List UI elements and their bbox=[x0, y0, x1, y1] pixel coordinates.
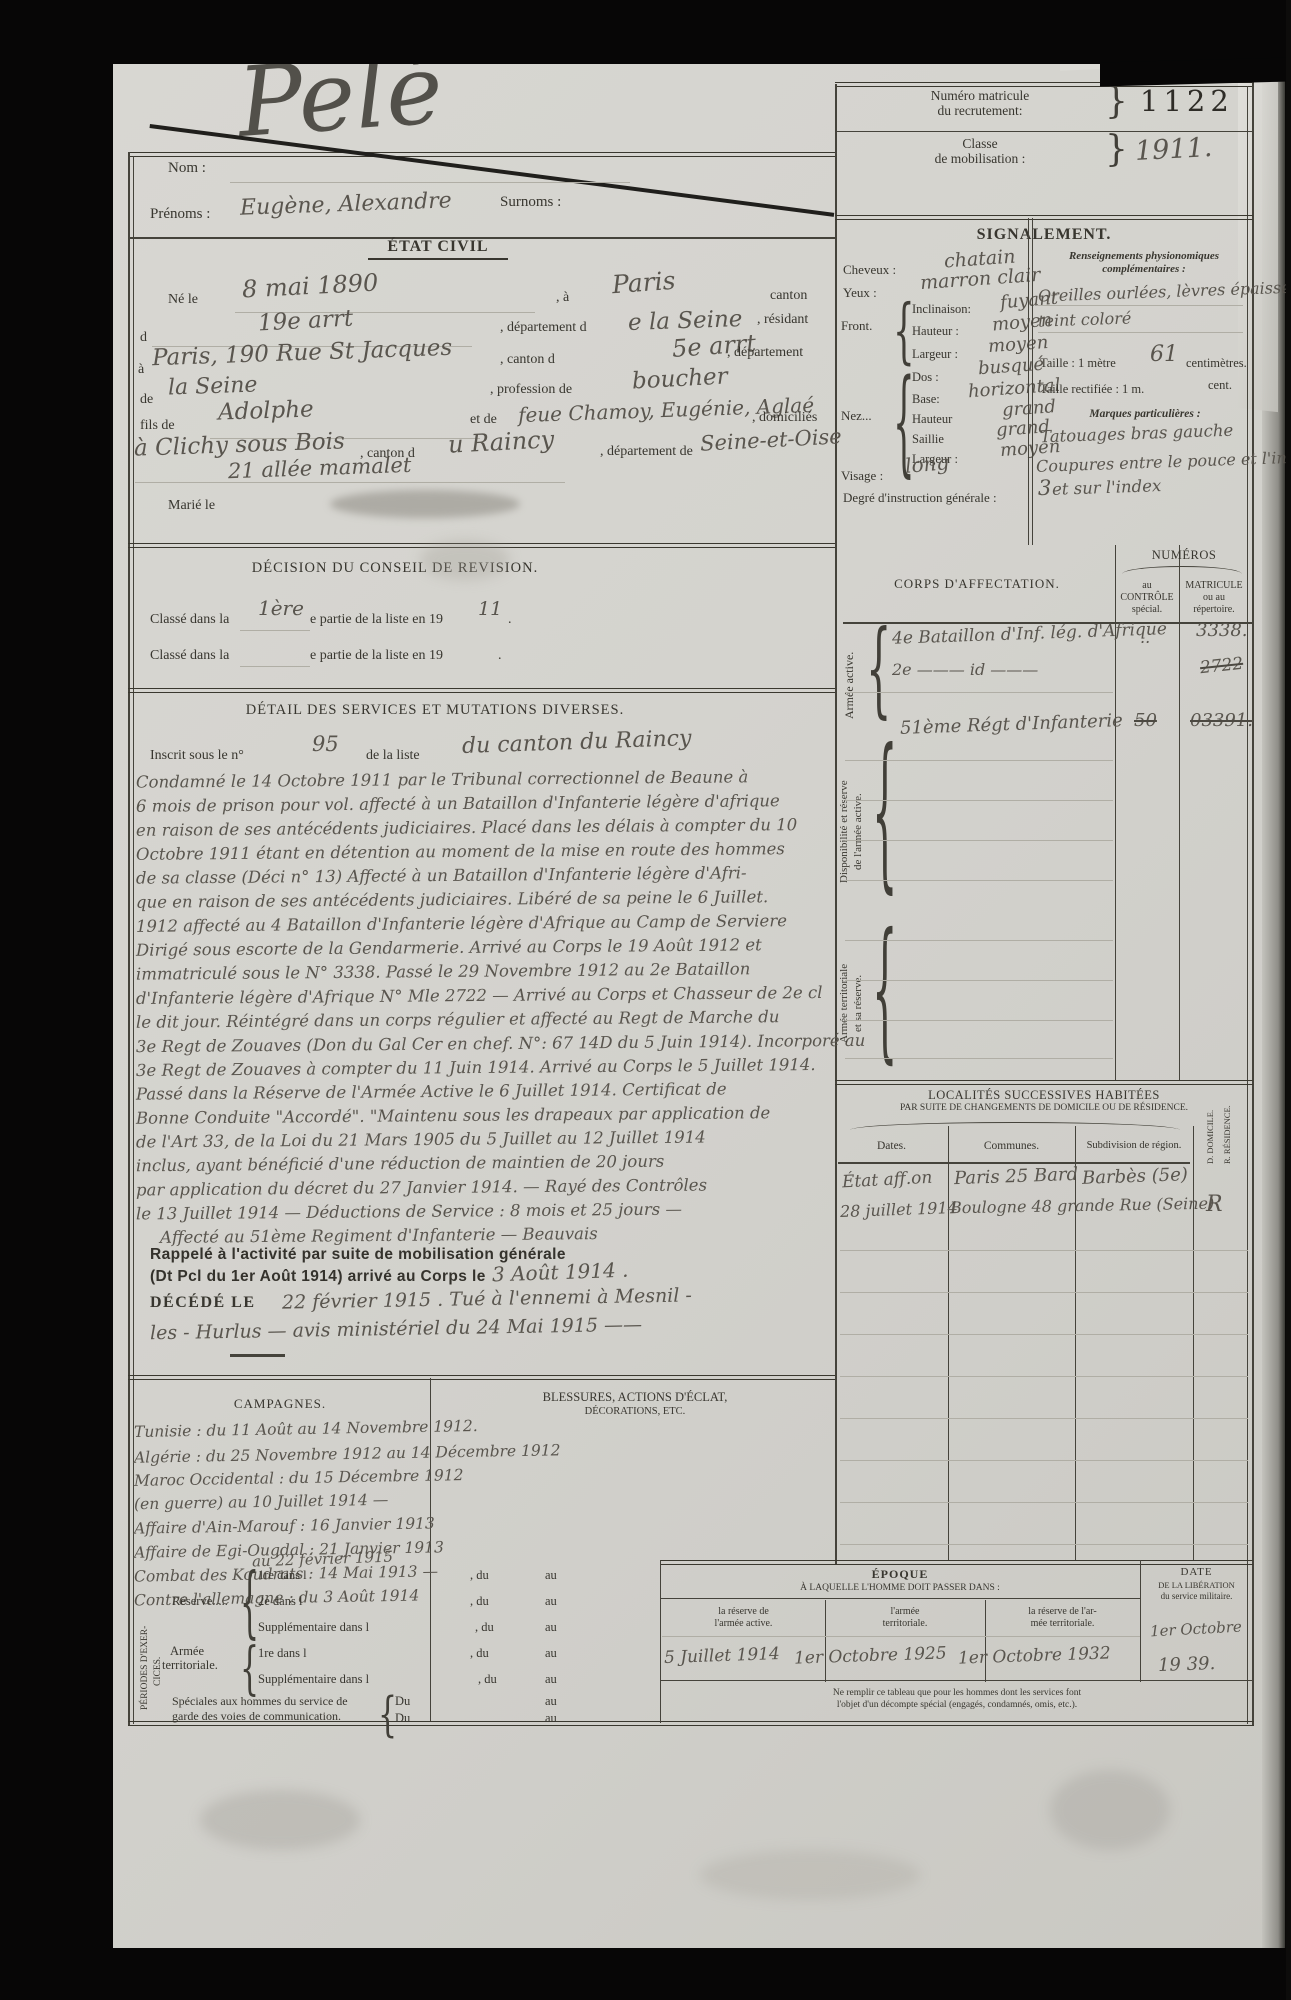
frame-left bbox=[128, 152, 130, 1726]
du-label: , du bbox=[470, 1594, 489, 1609]
nez-label: Nez... bbox=[841, 408, 872, 424]
fils-de-label: fils de bbox=[140, 418, 175, 434]
epoque-col1-2: l'armée active. bbox=[662, 1618, 825, 1629]
du-cap-label: Du bbox=[395, 1711, 410, 1726]
classe1-dot: . bbox=[508, 612, 512, 628]
table-column-line bbox=[1140, 1560, 1141, 1682]
taille-label: Taille : 1 mètre bbox=[1040, 356, 1116, 371]
rule-line bbox=[845, 940, 1113, 941]
liberation-header-1: DATE bbox=[1140, 1566, 1253, 1578]
periode-row-2: 2e dans l bbox=[258, 1594, 302, 1609]
rule-line bbox=[845, 692, 1113, 693]
section-line bbox=[128, 1375, 835, 1380]
rule-line bbox=[845, 1058, 1113, 1059]
taille-unit: centimètres. bbox=[1186, 356, 1247, 371]
col-dates: Dates. bbox=[835, 1140, 948, 1152]
epoque-col2: l'armée bbox=[825, 1606, 985, 1617]
group-brace: { bbox=[872, 730, 897, 898]
periode-row-1: 1re dans l bbox=[258, 1568, 307, 1583]
au-label: au bbox=[545, 1672, 557, 1687]
du-label: , du bbox=[470, 1646, 489, 1661]
rule-line bbox=[660, 1598, 1140, 1599]
matricule-label-2: du recrutement: bbox=[845, 103, 1115, 119]
canton-d-label: , canton d bbox=[500, 352, 555, 368]
table-column-line bbox=[1075, 1126, 1076, 1560]
frame-top-left bbox=[128, 152, 835, 157]
rule-line bbox=[1028, 218, 1029, 545]
epoque-col3: la réserve de l'ar- bbox=[985, 1606, 1140, 1617]
matricule-brace: } bbox=[1105, 84, 1128, 120]
rule-line bbox=[240, 666, 310, 667]
de-value: la Seine bbox=[168, 372, 258, 400]
localites-row-commune: Paris 25 Bard bbox=[954, 1164, 1079, 1189]
signalement-top-line bbox=[835, 215, 1253, 220]
rule-line bbox=[845, 880, 1113, 881]
canton-du-label: , canton d bbox=[360, 446, 415, 462]
localites-title: LOCALITÉS SUCCESSIVES HABITÉES bbox=[835, 1088, 1253, 1103]
matricule-label: Numéro matricule bbox=[845, 88, 1115, 104]
a2-label: à bbox=[138, 362, 144, 378]
marques-label: Marques particulières : bbox=[1040, 408, 1250, 420]
group-brace: { bbox=[866, 618, 891, 722]
controle-header-2: CONTRÔLE bbox=[1117, 592, 1177, 603]
front-label: Front. bbox=[841, 318, 872, 334]
yeux-label: Yeux : bbox=[843, 285, 877, 301]
blessures-title: BLESSURES, ACTIONS D'ÉCLAT, bbox=[445, 1390, 825, 1405]
section-line bbox=[128, 688, 835, 693]
classe2-dot: . bbox=[498, 648, 502, 664]
speciales-label-1: Spéciales aux hommes du service de bbox=[172, 1694, 348, 1709]
epoque-col1: la réserve de bbox=[662, 1606, 825, 1617]
scan-border-right bbox=[1286, 0, 1291, 2000]
rule-line bbox=[660, 1680, 1253, 1681]
rule-line bbox=[840, 1334, 1248, 1335]
et-de-label: et de bbox=[470, 412, 497, 428]
reserve-brace: { bbox=[240, 1566, 259, 1644]
group-territoriale-2: et sa réserve. bbox=[852, 928, 864, 1078]
au-label: au bbox=[545, 1620, 557, 1635]
rens-value-2: teint coloré bbox=[1038, 308, 1132, 330]
inscrit-num: 95 bbox=[312, 732, 339, 756]
scan-border-top bbox=[0, 0, 1291, 64]
service-line: Affecté au 51ème Regiment d'Infanterie —… bbox=[160, 1224, 598, 1247]
rule-line bbox=[240, 630, 310, 631]
group-brace: { bbox=[872, 916, 897, 1068]
residant-label: , résidant bbox=[757, 312, 808, 328]
nom-label: Nom : bbox=[168, 160, 206, 177]
localites-row-dr: R bbox=[1206, 1192, 1223, 1217]
profession-label: , profession de bbox=[490, 382, 572, 398]
visage-value: long bbox=[904, 450, 950, 478]
corps-row-unit: 2e ——— id ——— bbox=[892, 660, 1038, 679]
deces-label: DÉCÉDÉ LE bbox=[150, 1294, 256, 1312]
liberation-header-2: DE LA LIBÉRATION bbox=[1140, 1580, 1253, 1590]
rule-line bbox=[1032, 218, 1033, 545]
du-label: , du bbox=[478, 1672, 497, 1687]
d-label: d bbox=[140, 330, 147, 346]
rule-line bbox=[230, 182, 630, 183]
col-residence: R. RÉSIDENCE. bbox=[1222, 1086, 1232, 1164]
decision-title: DÉCISION DU CONSEIL DE REVISION. bbox=[180, 560, 610, 577]
au-label: au bbox=[545, 1711, 557, 1726]
classe1-mid: e partie de la liste en 19 bbox=[310, 612, 443, 628]
marques-value-3: et sur l'index bbox=[1052, 476, 1162, 499]
epoque-value-1: 5 Juillet 1914 bbox=[664, 1644, 780, 1668]
scan-border-left bbox=[0, 0, 113, 2000]
group-disponibilite-2: de l'armée active. bbox=[852, 742, 864, 922]
rule-line bbox=[840, 1418, 1248, 1419]
canton-label: canton bbox=[770, 288, 807, 304]
table-column-line bbox=[1179, 545, 1180, 1080]
rule-line bbox=[840, 1544, 1248, 1545]
rule-line bbox=[845, 980, 1113, 981]
liberation-header-3: du service militaire. bbox=[1140, 1591, 1253, 1601]
frame-right-inner bbox=[1247, 86, 1248, 1724]
section-line bbox=[660, 1560, 1253, 1565]
territoriale-label: Armée bbox=[170, 1644, 204, 1659]
rens-title-2: complémentaires : bbox=[1035, 263, 1253, 275]
classe2-mid: e partie de la liste en 19 bbox=[310, 648, 443, 664]
marie-le-label: Marié le bbox=[168, 498, 215, 514]
numeros-header: NUMÉROS bbox=[1115, 548, 1253, 563]
periodes-side-label-2: CICES. bbox=[153, 1616, 163, 1686]
territoriale-label-2: territoriale. bbox=[162, 1658, 218, 1673]
etat-civil-title: ÉTAT CIVIL bbox=[368, 238, 508, 260]
scan-border-top-right bbox=[1100, 57, 1291, 86]
visage-label: Visage : bbox=[841, 468, 883, 484]
taille-rect-label: Taille rectifiée : 1 m. bbox=[1040, 382, 1144, 397]
du-label: , du bbox=[475, 1620, 494, 1635]
campagnes-title: CAMPAGNES. bbox=[170, 1396, 390, 1412]
dos-label: Dos : bbox=[912, 370, 939, 385]
nez-hauteur-label: Hauteur bbox=[912, 412, 952, 427]
classe-value: 1911. bbox=[1134, 132, 1213, 167]
a-label: , à bbox=[556, 290, 569, 306]
profession-value: boucher bbox=[631, 364, 728, 395]
base-label: Base: bbox=[912, 392, 940, 407]
col-domicile: D. DOMICILE. bbox=[1205, 1086, 1215, 1164]
inscrit-mid: de la liste bbox=[366, 748, 420, 764]
epoque-col3-2: mée territoriale. bbox=[985, 1618, 1140, 1629]
rule-line bbox=[135, 482, 565, 483]
cheveux-label: Cheveux : bbox=[843, 262, 896, 278]
surnoms-label: Surnoms : bbox=[500, 194, 561, 211]
classe2-pre: Classé dans la bbox=[150, 648, 229, 664]
classe1-pre: Classé dans la bbox=[150, 612, 229, 628]
paper-stain bbox=[1050, 1770, 1170, 1850]
prenoms-label: Prénoms : bbox=[150, 206, 210, 223]
mobilization-stamp-2: (Dt Pcl du 1er Août 1914) arrivé au Corp… bbox=[150, 1268, 486, 1286]
inclinaison-label: Inclinaison: bbox=[912, 302, 971, 317]
rule-line bbox=[845, 1020, 1113, 1021]
scanned-military-register-sheet: Pelé Nom : Prénoms : Eugène, Alexandre S… bbox=[0, 0, 1291, 2000]
paper-stain bbox=[200, 1790, 360, 1850]
paper-stain bbox=[700, 1850, 920, 1900]
controle-header-1: au bbox=[1117, 580, 1177, 591]
au-label: au bbox=[545, 1568, 557, 1583]
center-divider bbox=[835, 84, 837, 1564]
corps-row-matricule: 03391. bbox=[1190, 710, 1253, 731]
col-subdivision: Subdivision de région. bbox=[1075, 1140, 1193, 1151]
rule-line bbox=[840, 1250, 1248, 1251]
table-column-line bbox=[948, 1126, 949, 1560]
classe-label: Classe bbox=[845, 136, 1115, 152]
au-label: au bbox=[545, 1646, 557, 1661]
departement-label: , département bbox=[727, 345, 803, 361]
au-label: au bbox=[545, 1594, 557, 1609]
scan-border-bottom bbox=[0, 1948, 1291, 2000]
liberation-value-2: 19 39. bbox=[1158, 1653, 1216, 1676]
classe1-year: 11 bbox=[478, 598, 502, 620]
frame-right bbox=[1252, 82, 1254, 1726]
group-disponibilite: Disponibilité et réserve bbox=[838, 742, 850, 922]
group-armee-active: Armée active. bbox=[842, 630, 857, 740]
epoque-note-1: Ne remplir ce tableau que pour les homme… bbox=[672, 1688, 1242, 1698]
periodes-side-label: PÉRIODES D'EXER- bbox=[140, 1590, 150, 1710]
front-hauteur-label: Hauteur : bbox=[912, 324, 959, 339]
corps-row-controle: 50 bbox=[1134, 710, 1157, 731]
corps-affectation-header: CORPS D'AFFECTATION. bbox=[845, 576, 1109, 592]
degre-value: 3 bbox=[1038, 476, 1051, 500]
front-largeur-label: Largeur : bbox=[912, 347, 958, 362]
matricule-value: 1122 bbox=[1140, 84, 1234, 118]
de-label: de bbox=[140, 392, 153, 408]
periode-row-5: Supplémentaire dans l bbox=[258, 1672, 369, 1687]
arrival-date-hand: 3 Août 1914 . bbox=[492, 1258, 629, 1287]
matricule-header-3: répertoire. bbox=[1181, 604, 1247, 615]
ink-smudge bbox=[330, 490, 520, 518]
table-column-line bbox=[1193, 1126, 1194, 1560]
classe-brace: } bbox=[1105, 132, 1128, 168]
classe-label-2: de mobilisation : bbox=[845, 151, 1115, 167]
rule-line bbox=[838, 1162, 1190, 1164]
rule-line bbox=[1038, 305, 1243, 306]
rule-line bbox=[845, 840, 1113, 841]
rule-line bbox=[845, 800, 1113, 801]
taille-rect-unit: cent. bbox=[1208, 378, 1232, 393]
section-line bbox=[835, 1080, 1253, 1085]
inscrit-pre: Inscrit sous le n° bbox=[150, 748, 244, 764]
degre-label: Degré d'instruction générale : bbox=[843, 490, 997, 506]
rule-line bbox=[840, 1376, 1248, 1377]
blessures-title-2: DÉCORATIONS, ETC. bbox=[445, 1406, 825, 1417]
rule-line bbox=[840, 1292, 1248, 1293]
localites-row-subdivision: Barbès (5e) bbox=[1082, 1164, 1189, 1189]
reserve-label: Réserve..... bbox=[172, 1594, 228, 1609]
ne-le-label: Né le bbox=[168, 292, 198, 308]
col-communes: Communes. bbox=[948, 1140, 1075, 1152]
rule-line bbox=[1038, 332, 1243, 333]
au-label: au bbox=[545, 1694, 557, 1709]
group-territoriale: Armée territoriale bbox=[838, 928, 850, 1078]
matricule-header-1: MATRICULE bbox=[1181, 580, 1247, 591]
rule-line bbox=[230, 1354, 285, 1357]
periode-row-3: Supplémentaire dans l bbox=[258, 1620, 369, 1635]
du-label: , du bbox=[470, 1568, 489, 1583]
corps-row-matricule: 3338. bbox=[1196, 620, 1248, 641]
departement-de-label: , département de bbox=[600, 444, 693, 460]
taille-value: 61 bbox=[1150, 342, 1178, 367]
epoque-subtitle: À LAQUELLE L'HOMME DOIT PASSER DANS : bbox=[660, 1583, 1140, 1593]
departement-d-label: , département d bbox=[500, 320, 587, 336]
controle-header-3: spécial. bbox=[1117, 604, 1177, 615]
territoriale-brace: { bbox=[240, 1642, 259, 1699]
arrondissement: 19e arrt bbox=[257, 306, 353, 337]
epoque-note-2: l'objet d'un décompte spécial (engagés, … bbox=[672, 1700, 1242, 1710]
rule-line bbox=[662, 1636, 1140, 1637]
birth-city: Paris bbox=[611, 266, 676, 299]
rens-title: Renseignements physionomiques bbox=[1035, 250, 1253, 262]
speciales-label-2: garde des voies de communication. bbox=[172, 1709, 341, 1724]
periode-row-4: 1re dans l bbox=[258, 1646, 307, 1661]
epoque-col2-2: territoriale. bbox=[825, 1618, 985, 1629]
domicilies-label: , domiciliés bbox=[752, 410, 817, 426]
classe1-hand: 1ère bbox=[258, 596, 304, 620]
paper-stain bbox=[420, 540, 510, 580]
matricule-header-2: ou au bbox=[1181, 592, 1247, 603]
father-name: Adolphe bbox=[218, 396, 315, 425]
rule-line bbox=[845, 760, 1113, 761]
localites-subtitle: PAR SUITE DE CHANGEMENTS DE DOMICILE OU … bbox=[835, 1103, 1253, 1113]
corps-row-controle: .. bbox=[1140, 628, 1150, 647]
rule-line bbox=[840, 1460, 1248, 1461]
rule-line bbox=[837, 131, 1252, 132]
services-title: DÉTAIL DES SERVICES ET MUTATIONS DIVERSE… bbox=[175, 702, 695, 719]
canton-du-value: u Raincy bbox=[447, 425, 554, 459]
du-cap-label: Du bbox=[395, 1694, 410, 1709]
rule-line bbox=[840, 1502, 1248, 1503]
saillie-label: Saillie bbox=[912, 432, 944, 447]
signalement-title: SIGNALEMENT. bbox=[835, 226, 1253, 244]
epoque-title: ÉPOQUE bbox=[660, 1567, 1140, 1582]
